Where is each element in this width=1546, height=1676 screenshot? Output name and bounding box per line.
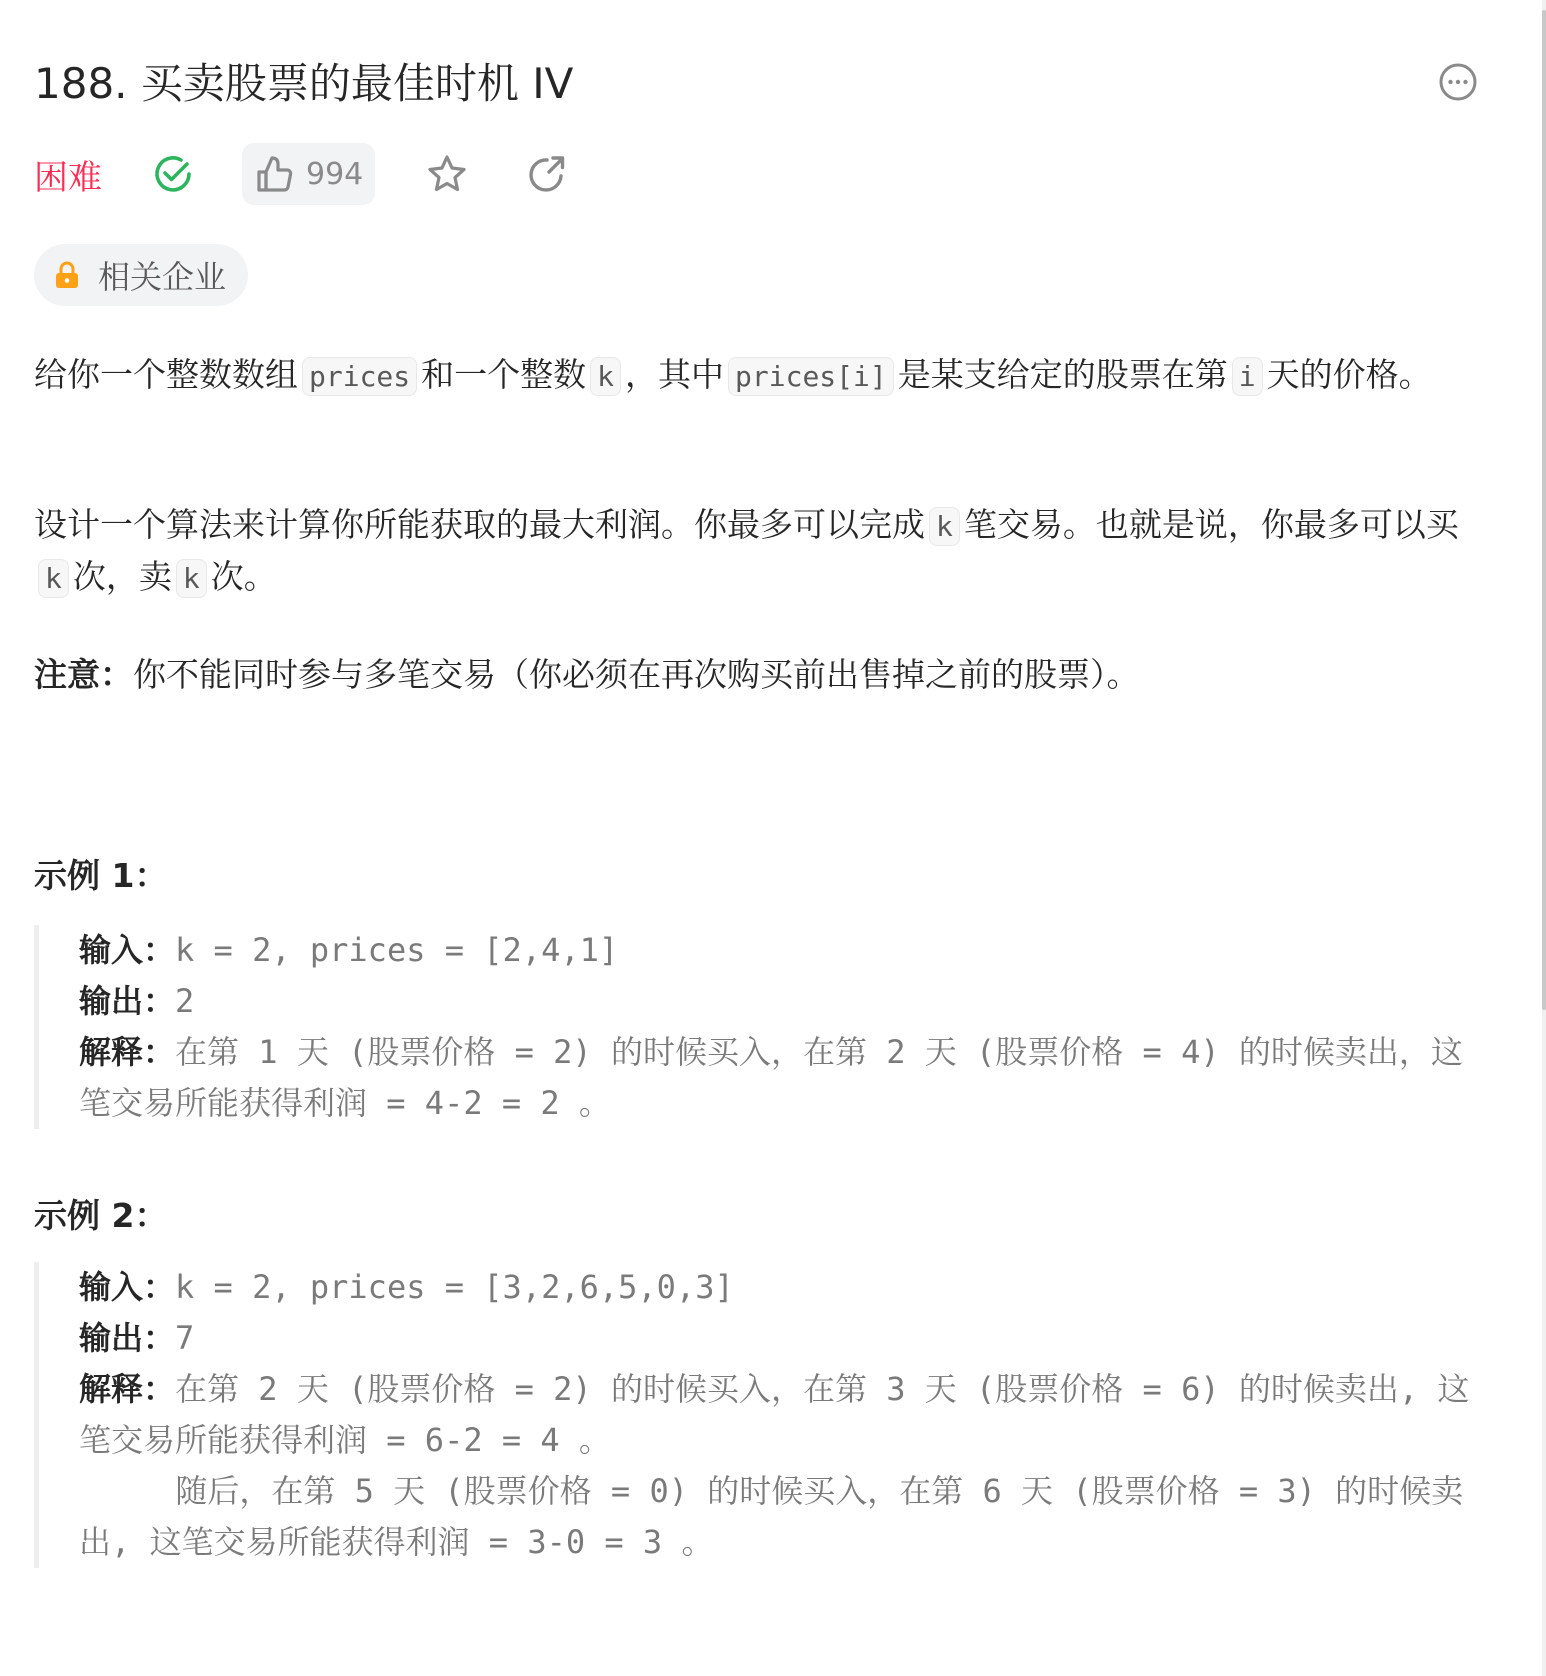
check-circle-icon	[152, 153, 194, 195]
text: 和一个整数	[421, 355, 586, 394]
text: 天的价格。	[1267, 355, 1432, 394]
note-text: 你不能同时参与多笔交易（你必须在再次购买前出售掉之前的股票）。	[133, 655, 1140, 694]
lock-icon	[54, 261, 80, 289]
example-1-title: 示例 1：	[34, 850, 167, 897]
related-companies-label: 相关企业	[98, 252, 226, 298]
text: 给你一个整数数组	[34, 355, 298, 394]
thumbs-up-icon	[254, 153, 296, 195]
like-button[interactable]: 994	[242, 143, 375, 205]
inline-code: k	[590, 357, 621, 396]
text: 笔交易。也就是说，你最多可以买	[964, 505, 1459, 544]
description-paragraph-1: 给你一个整数数组prices和一个整数k，其中prices[i]是某支给定的股票…	[34, 350, 1486, 402]
example-explanation: 解释：在第 1 天 (股票价格 = 2) 的时候买入，在第 2 天 (股票价格 …	[79, 1027, 1491, 1129]
more-options-button[interactable]	[1438, 62, 1478, 102]
text: 次，卖	[73, 557, 172, 596]
difficulty-badge: 困难	[34, 150, 102, 199]
scrollbar-thumb[interactable]	[1542, 10, 1546, 1010]
text: 次。	[211, 557, 277, 596]
example-2-block: 输入：k = 2, prices = [3,2,6,5,0,3] 输出：7 解释…	[34, 1262, 1491, 1568]
example-1-block: 输入：k = 2, prices = [2,4,1] 输出：2 解释：在第 1 …	[34, 925, 1491, 1129]
related-companies-tag[interactable]: 相关企业	[34, 244, 248, 306]
inline-code: prices	[302, 357, 417, 396]
inline-code: k	[929, 507, 960, 546]
example-input: 输入：k = 2, prices = [3,2,6,5,0,3]	[79, 1262, 1491, 1313]
example-explanation: 解释：在第 2 天 (股票价格 = 2) 的时候买入，在第 3 天 (股票价格 …	[79, 1364, 1491, 1466]
inline-code: k	[38, 559, 69, 598]
example-output: 输出：2	[79, 976, 1491, 1027]
inline-code: k	[176, 559, 207, 598]
text: ，其中	[625, 355, 724, 394]
text: 是某支给定的股票在第	[898, 355, 1228, 394]
example-2-title: 示例 2：	[34, 1190, 167, 1237]
more-options-icon	[1438, 62, 1478, 102]
description-paragraph-2: 设计一个算法来计算你所能获取的最大利润。你最多可以完成k笔交易。也就是说，你最多…	[34, 500, 1486, 604]
example-input: 输入：k = 2, prices = [2,4,1]	[79, 925, 1491, 976]
meta-row: 困难 994	[34, 144, 625, 204]
inline-code: i	[1232, 357, 1263, 396]
like-count: 994	[306, 157, 363, 192]
problem-title: 188. 买卖股票的最佳时机 IV	[34, 54, 573, 114]
inline-code: prices[i]	[728, 357, 894, 396]
note-label: 注意：	[34, 655, 133, 694]
share-icon[interactable]	[525, 152, 569, 196]
example-explanation-continued: 随后，在第 5 天 (股票价格 = 0) 的时候买入，在第 6 天 (股票价格 …	[79, 1466, 1491, 1568]
star-icon[interactable]	[425, 152, 469, 196]
example-output: 输出：7	[79, 1313, 1491, 1364]
text: 设计一个算法来计算你所能获取的最大利润。你最多可以完成	[34, 505, 925, 544]
note-paragraph: 注意：你不能同时参与多笔交易（你必须在再次购买前出售掉之前的股票）。	[34, 650, 1486, 700]
